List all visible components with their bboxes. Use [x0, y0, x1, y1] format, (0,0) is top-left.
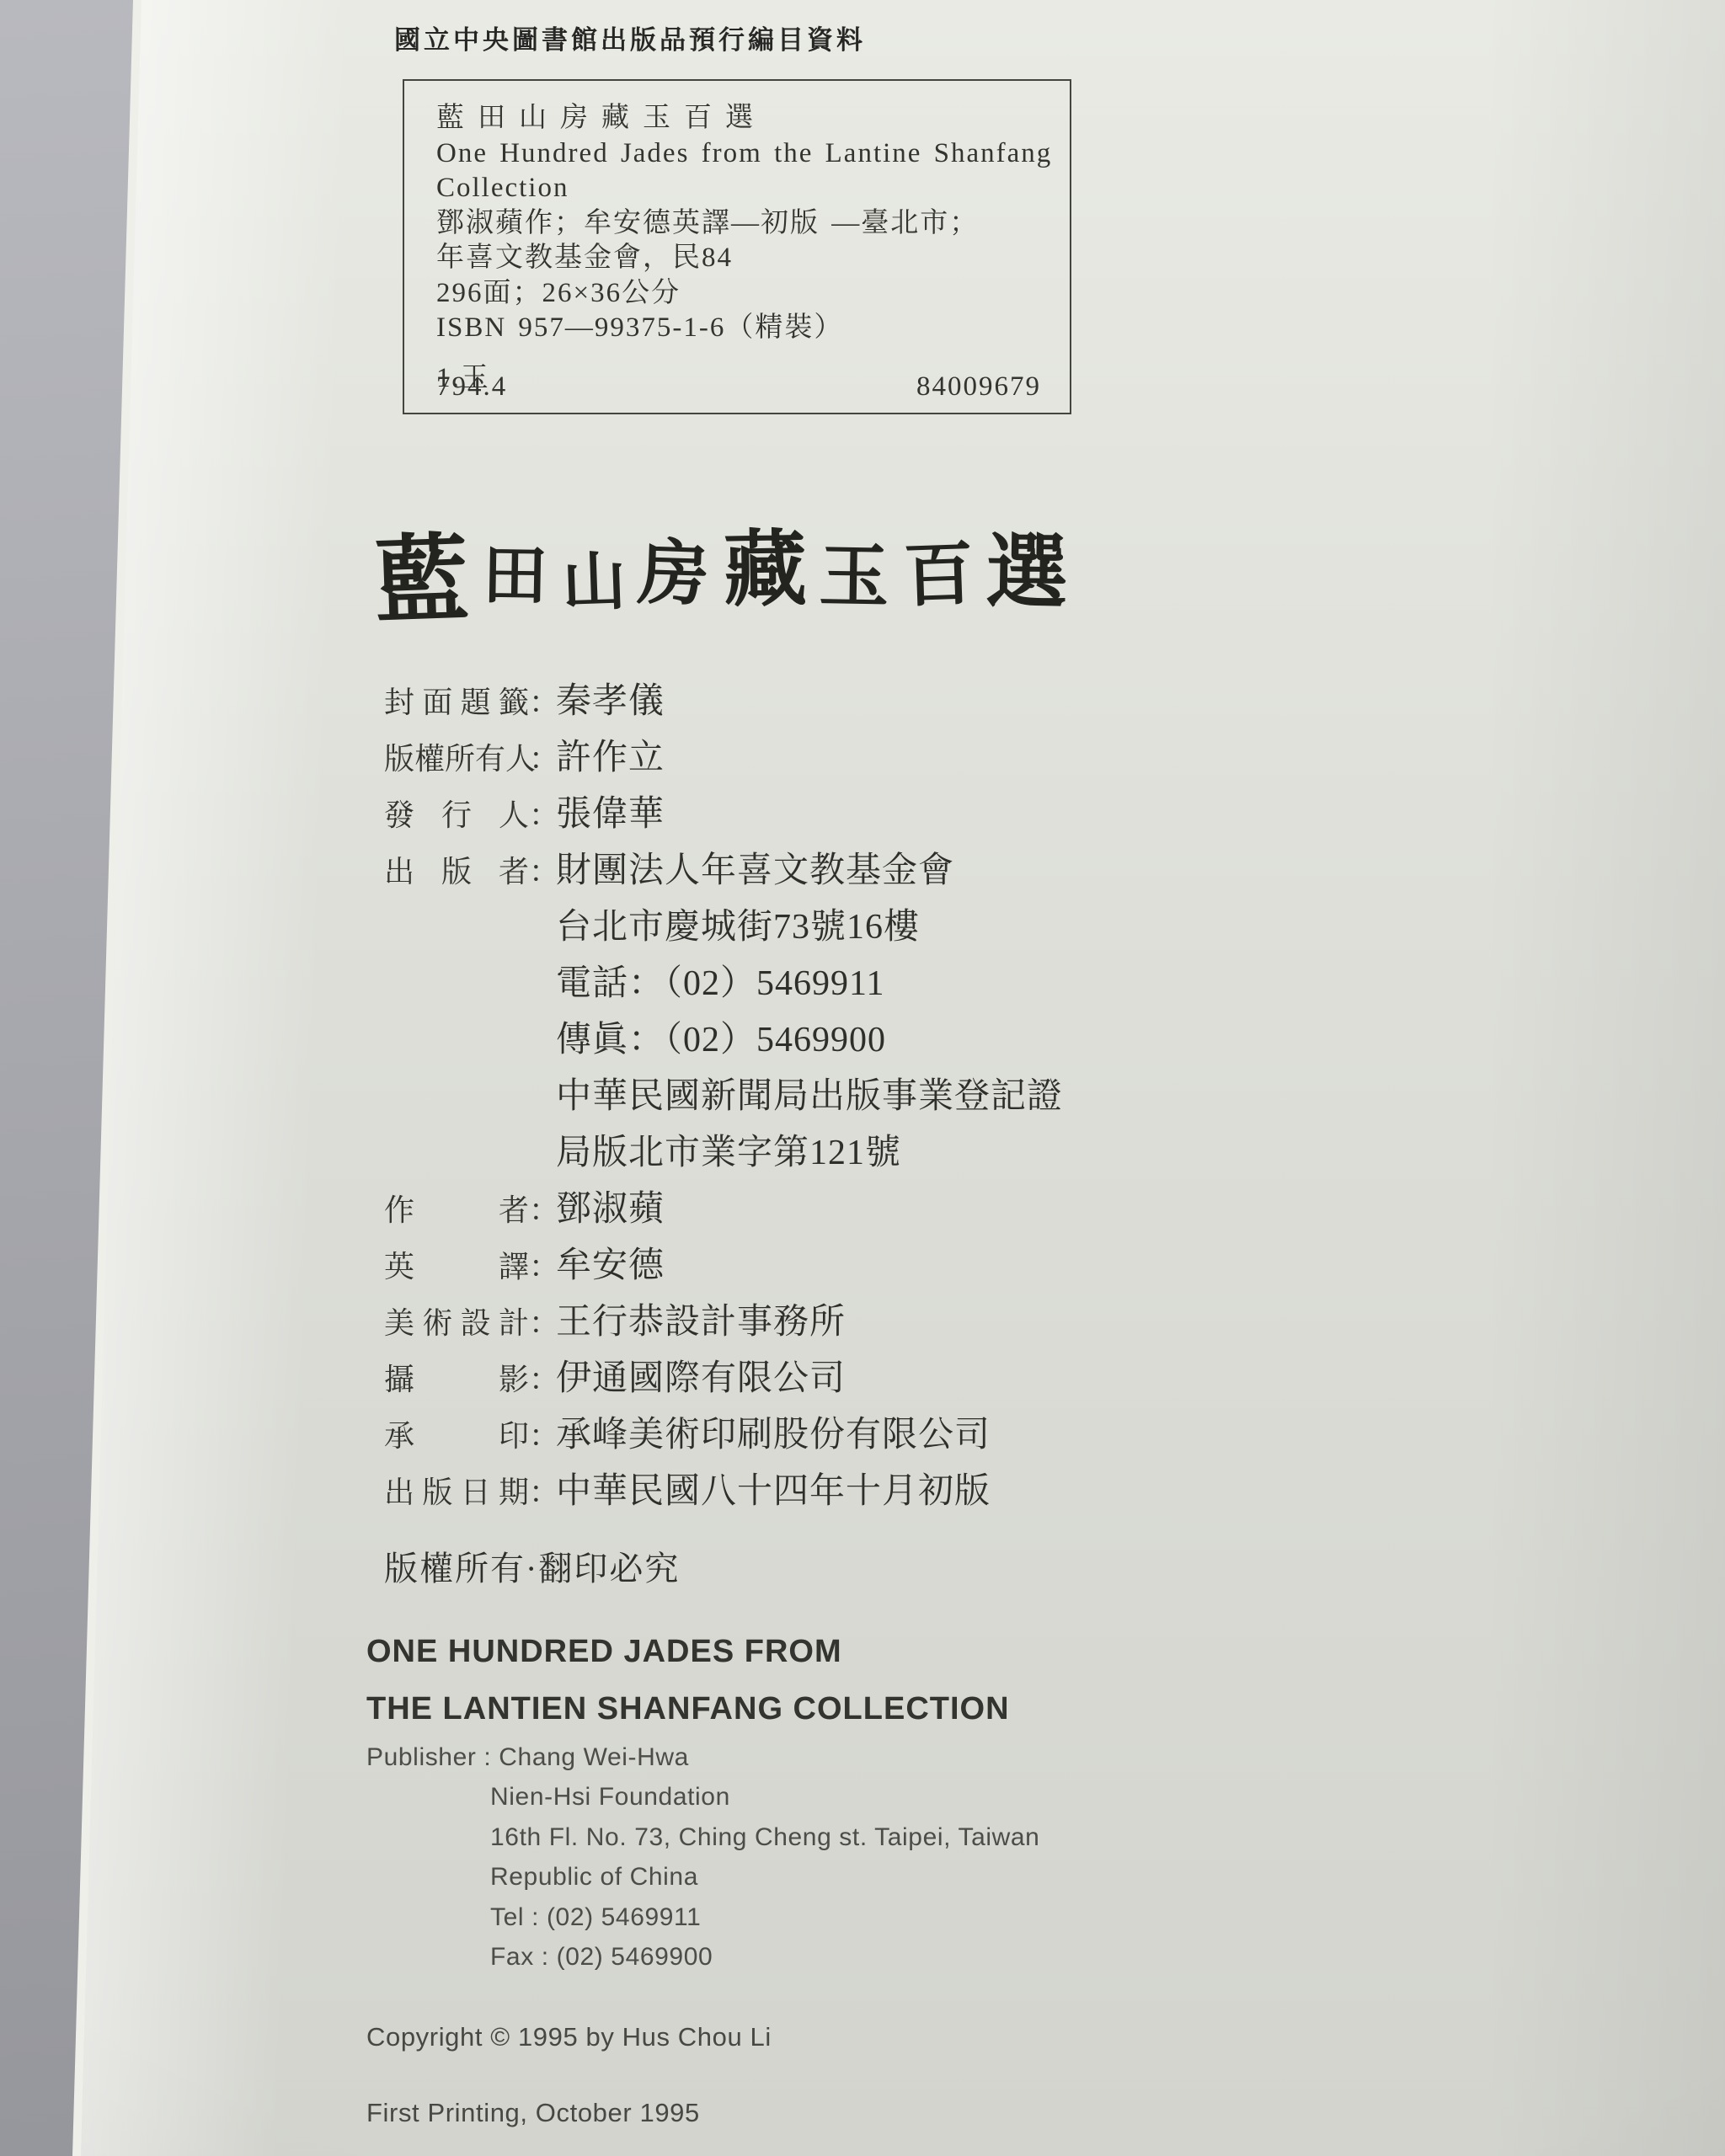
colophon-label: 版權所有人 [384, 731, 529, 787]
publisher-label: Publisher : [366, 1743, 491, 1771]
cip-bottom-row: 794.4 84009679 [436, 371, 1041, 403]
colophon-label: 出版者 [384, 844, 529, 900]
copyright-line: Copyright © 1995 by Hus Chou Li [366, 2017, 1039, 2057]
colophon-value: 台北市慶城街73號16樓 [556, 908, 920, 947]
colophon-value: 局版北市業字第121號 [556, 1134, 901, 1172]
colophon-row: 台北市慶城街73號16樓 [384, 899, 1063, 956]
english-title-line2: THE LANTIEN SHANFANG COLLECTION [366, 1680, 1039, 1737]
english-title-line1: ONE HUNDRED JADES FROM [366, 1623, 1039, 1680]
cip-header-title: 國立中央圖書館出版品預行編目資料 [394, 22, 866, 59]
publisher-line: Fax : (02) 5469900 [366, 1937, 1039, 1977]
colophon-label: 出版日期 [384, 1465, 529, 1521]
calligraphy-character: 山 [561, 530, 628, 624]
colophon-row: 中華民國新聞局出版事業登記證 [384, 1069, 1063, 1125]
colophon-colon: ： [529, 1182, 556, 1239]
colophon-value: 中華民國八十四年十月初版 [556, 1472, 991, 1511]
colophon-row: 美術設計：王行恭設計事務所 [384, 1294, 1063, 1351]
photo-of-book-colophon-page: { "colors":{"paper":"#dedfd9","backdrop"… [0, 0, 1725, 2156]
colophon-colon: ： [529, 1239, 556, 1295]
calligraphy-character: 房 [636, 516, 711, 621]
calligraphy-character: 百 [902, 518, 975, 621]
colophon-colon: ： [529, 1465, 556, 1521]
publisher-line: 16th Fl. No. 73, Ching Cheng st. Taipei,… [366, 1817, 1039, 1857]
colophon-colon: ： [529, 787, 556, 844]
english-colophon: ONE HUNDRED JADES FROM THE LANTIEN SHANF… [366, 1623, 1039, 2133]
colophon-value: 張偉華 [556, 795, 665, 834]
calligraphy-book-title: 藍田山房藏玉百選 [374, 502, 1068, 637]
colophon-row: 承印：承峰美術印刷股份有限公司 [384, 1407, 1063, 1464]
colophon-colon: ： [529, 675, 556, 731]
colophon-label: 美術設計 [384, 1295, 529, 1352]
colophon-value: 鄧淑蘋 [556, 1190, 665, 1229]
colophon-value: 牟安德 [556, 1246, 665, 1285]
colophon-row: 電話：（02）5469911 [384, 956, 1063, 1012]
calligraphy-character: 藏 [723, 503, 808, 623]
first-printing-line: First Printing, October 1995 [366, 2093, 1039, 2133]
colophon-label: 英譯 [384, 1239, 529, 1295]
colophon-value: 秦孝儀 [556, 682, 665, 721]
colophon-value: 伊通國際有限公司 [556, 1359, 846, 1398]
cip-line: 年喜文教基金會，民84 [436, 241, 1041, 276]
publisher-line: Republic of China [366, 1857, 1039, 1897]
colophon-row: 出版者：財團法人年喜文教基金會 [384, 843, 1063, 899]
cip-line: 鄧淑蘋作；牟安德英譯—初版 —臺北市； [436, 206, 1041, 242]
colophon-value: 王行恭設計事務所 [556, 1303, 846, 1342]
colophon-value: 許作立 [556, 739, 665, 777]
cip-class-number: 794.4 [436, 371, 507, 403]
colophon-row: 攝影：伊通國際有限公司 [384, 1351, 1063, 1407]
publisher-line: Nien-Hsi Foundation [366, 1777, 1039, 1817]
cip-line: One Hundred Jades from the Lantine Shanf… [436, 136, 1041, 172]
cip-line: Collection [436, 171, 1041, 206]
cip-line: ISBN 957—99375-1-6（精裝） [436, 311, 1041, 346]
calligraphy-character: 玉 [819, 520, 890, 621]
chinese-colophon: 封面題籤：秦孝儀 版權所有人：許作立 發行人：張偉華 出版者：財團法人年喜文教基… [384, 674, 1063, 1597]
calligraphy-character: 藍 [371, 502, 471, 642]
colophon-row: 封面題籤：秦孝儀 [384, 674, 1063, 730]
colophon-value: 傳眞：（02）5469900 [556, 1021, 886, 1059]
calligraphy-character: 選 [985, 506, 1069, 625]
cip-data-box: 藍田山房藏玉百選One Hundred Jades from the Lanti… [403, 79, 1071, 414]
publisher-block: Publisher : Chang Wei-Hwa Nien-Hsi Found… [366, 1737, 1039, 1977]
colophon-colon: ： [529, 1408, 556, 1465]
colophon-row: 局版北市業字第121號 [384, 1125, 1063, 1182]
colophon-colon: ： [529, 1295, 556, 1352]
colophon-label: 作者 [384, 1182, 529, 1239]
colophon-label: 攝影 [384, 1352, 529, 1408]
colophon-row: 傳眞：（02）5469900 [384, 1012, 1063, 1069]
publisher-line: Tel : (02) 5469911 [366, 1897, 1039, 1937]
rights-notice: 版權所有·翻印必究 [384, 1540, 1063, 1597]
book-page: 國立中央圖書館出版品預行編目資料 藍田山房藏玉百選One Hundred Jad… [0, 0, 1725, 2156]
colophon-colon: ： [529, 731, 556, 787]
publisher-name: Chang Wei-Hwa [499, 1743, 689, 1771]
colophon-colon: ： [529, 1352, 556, 1408]
colophon-row: 英譯：牟安德 [384, 1238, 1063, 1294]
colophon-row: 發行人：張偉華 [384, 787, 1063, 843]
colophon-row: 版權所有人：許作立 [384, 730, 1063, 787]
colophon-label: 發行人 [384, 787, 529, 844]
calligraphy-character: 田 [481, 523, 547, 617]
colophon-colon: ： [529, 844, 556, 900]
cip-line: 296面；26×36公分 [436, 276, 1041, 312]
colophon-row: 出版日期：中華民國八十四年十月初版 [384, 1464, 1063, 1520]
colophon-value: 財團法人年喜文教基金會 [556, 851, 954, 890]
colophon-value: 承峰美術印刷股份有限公司 [556, 1416, 991, 1454]
colophon-value: 中華民國新聞局出版事業登記證 [556, 1077, 1063, 1116]
cip-record-number: 84009679 [916, 371, 1041, 403]
colophon-row: 作者：鄧淑蘋 [384, 1182, 1063, 1238]
colophon-value: 電話：（02）5469911 [556, 964, 884, 1003]
cip-line: 藍田山房藏玉百選 [436, 101, 1041, 136]
publisher-line: Publisher : Chang Wei-Hwa [366, 1737, 1039, 1777]
colophon-label: 封面題籤 [384, 675, 529, 731]
colophon-label: 承印 [384, 1408, 529, 1465]
